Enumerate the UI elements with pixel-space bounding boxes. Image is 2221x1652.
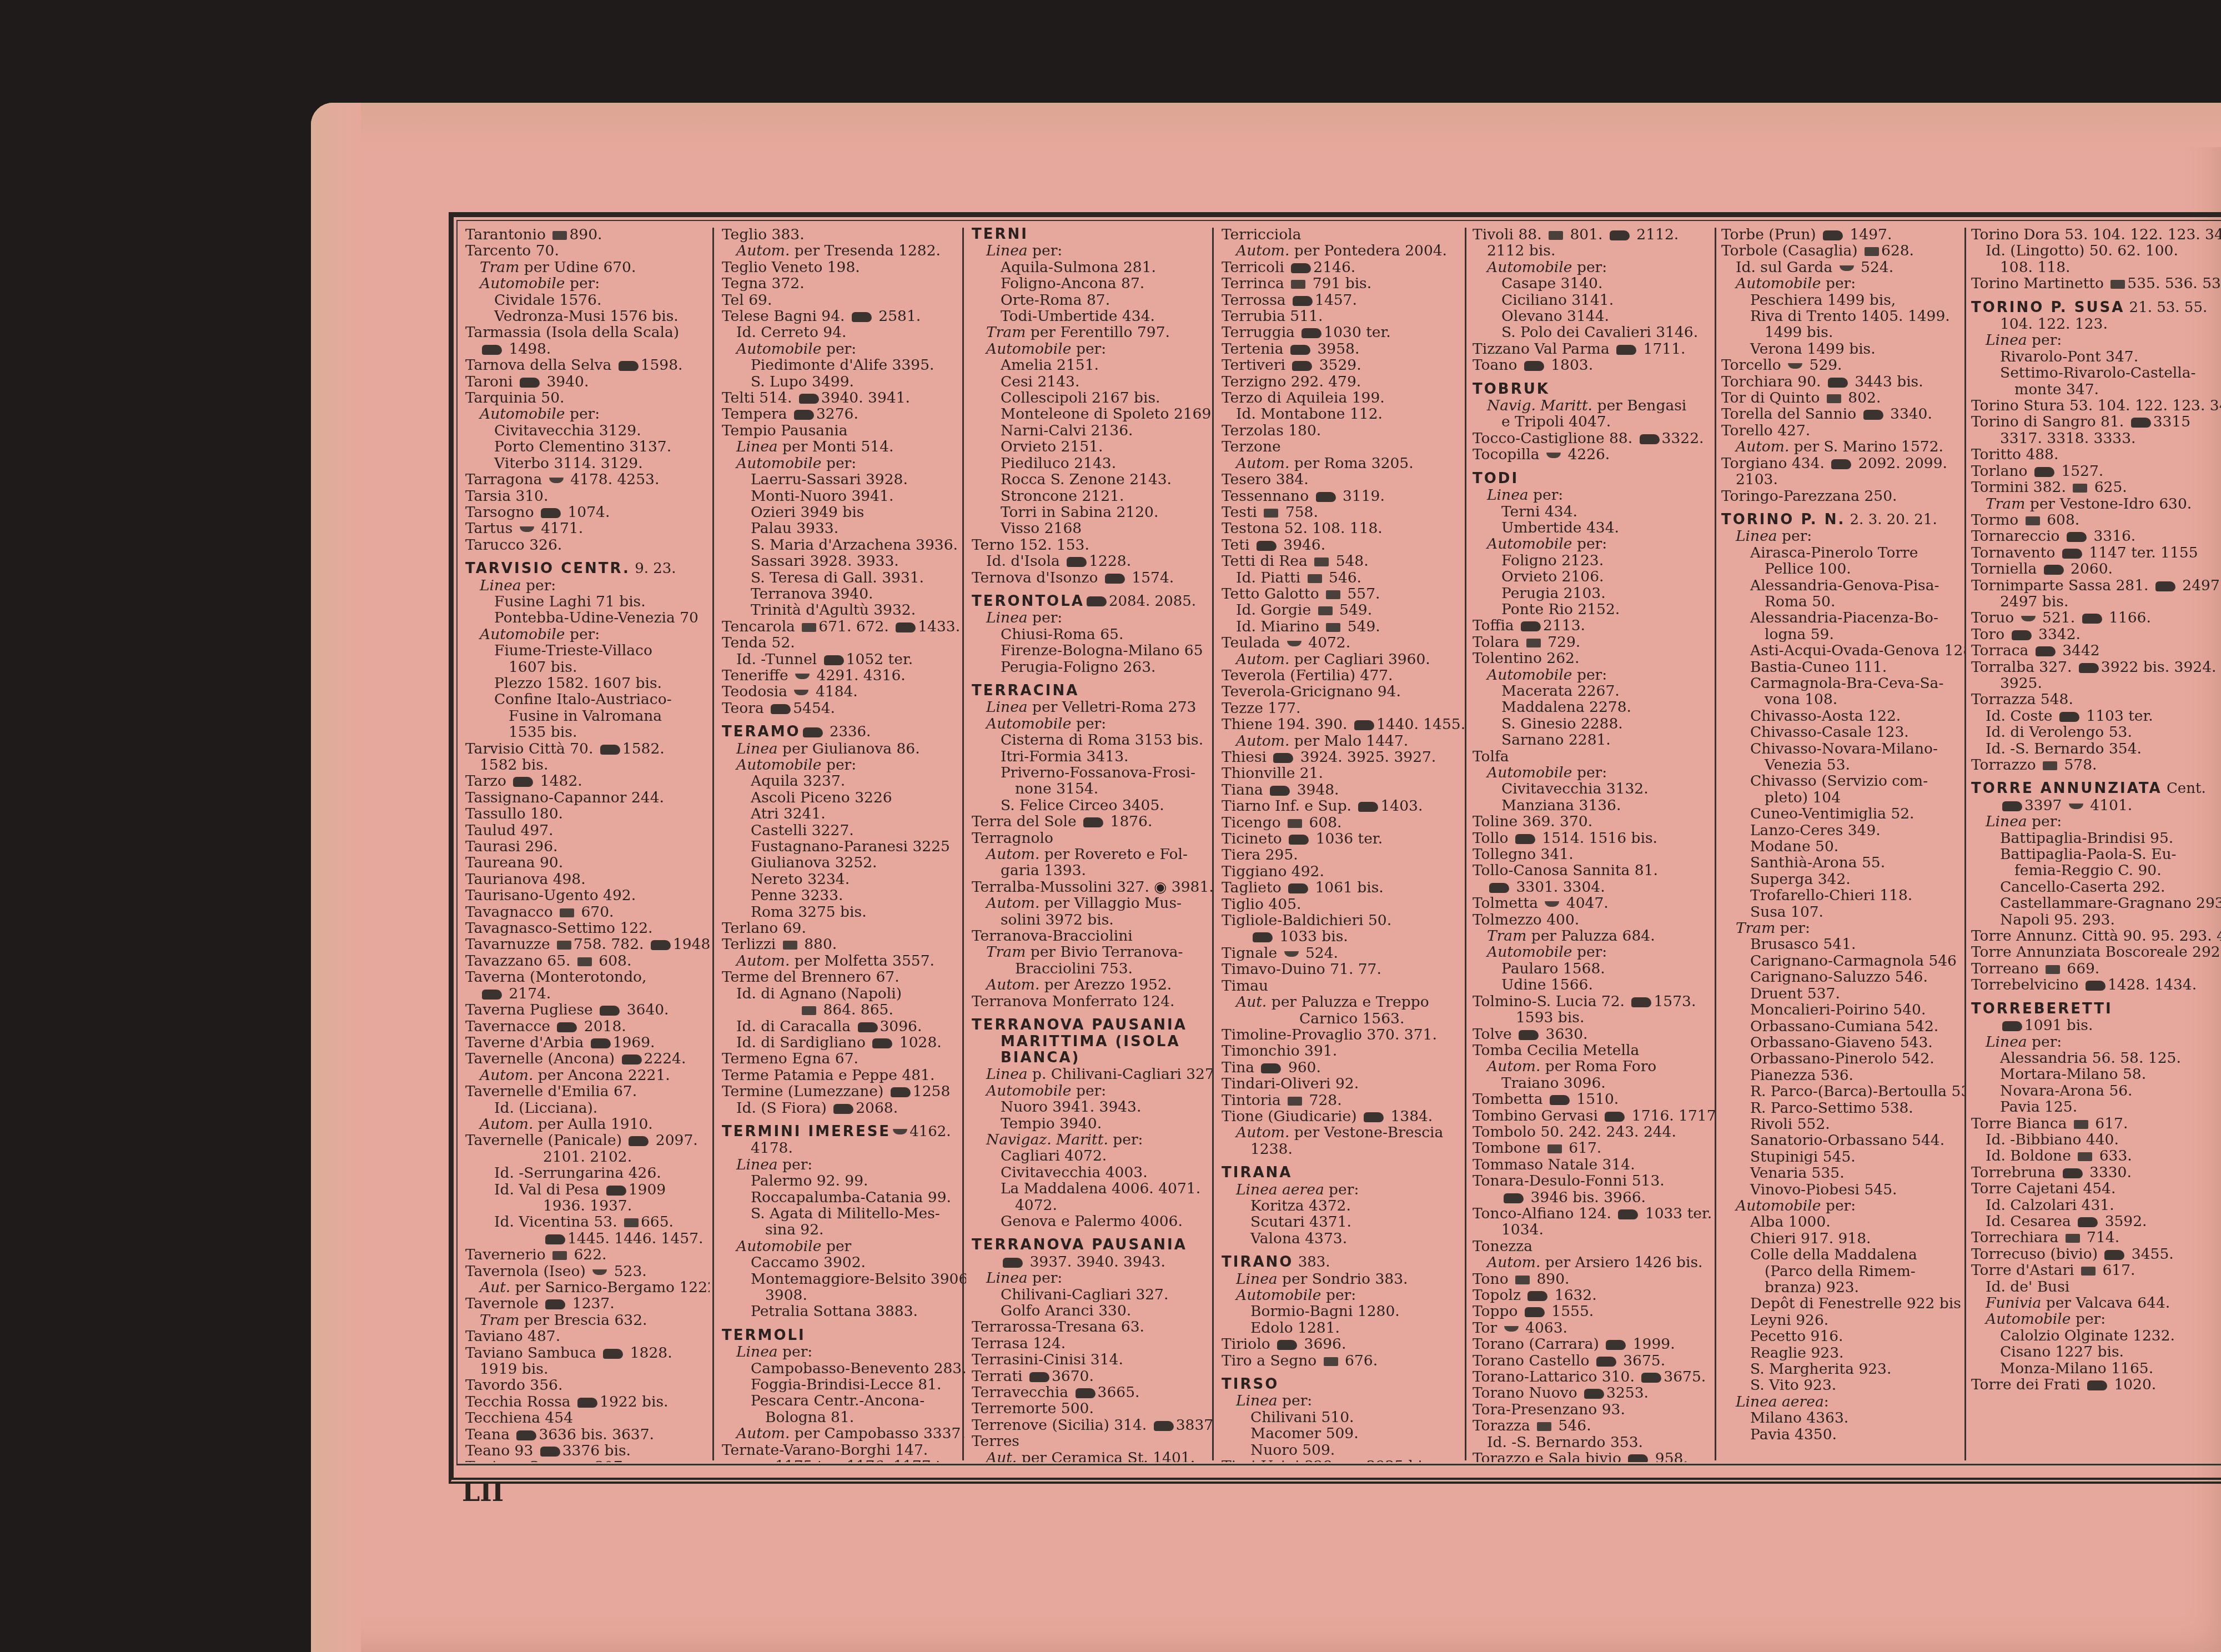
- index-entry: Autom. per Roma 3205.: [1222, 455, 1466, 471]
- index-entry: Terragnolo: [972, 830, 1216, 846]
- autobus-icon: [1261, 1063, 1281, 1073]
- index-entry: Genova e Palermo 4006.: [972, 1213, 1216, 1229]
- index-entry: 2103.: [1721, 471, 1966, 488]
- section-heading: TERAMO 2336.: [722, 724, 966, 740]
- index-entry: Tornareccio 3316.: [1971, 528, 2221, 544]
- autobus-icon: [2062, 549, 2082, 559]
- tram-icon: [2111, 280, 2125, 289]
- index-entry: Tessennano 3119.: [1222, 488, 1466, 504]
- index-entry: 1498.: [465, 341, 710, 357]
- index-entry: Teverola-Gricignano 94.: [1222, 684, 1466, 700]
- index-entry: Tocopilla 4226.: [1473, 446, 1717, 463]
- autobus-icon: [2044, 565, 2064, 575]
- index-entry: Linea per:: [1473, 487, 1717, 503]
- ship-icon: [2069, 804, 2083, 809]
- index-entry: Venaria 535.: [1721, 1165, 1966, 1181]
- index-entry: Tollegno 341.: [1473, 846, 1717, 862]
- index-entry: Id. di Agnano (Napoli): [722, 986, 966, 1002]
- index-entry: R. Parco-Settimo 538.: [1721, 1100, 1966, 1116]
- index-entry: Tram per Paluzza 684.: [1473, 928, 1717, 944]
- index-entry: Chilivani 510.: [1222, 1409, 1466, 1425]
- autobus-icon: [1631, 997, 1651, 1007]
- index-entry: Fusine in Valromana: [465, 708, 710, 724]
- autobus-icon: [1354, 720, 1374, 730]
- index-entry: Manziana 3136.: [1473, 797, 1717, 814]
- autobus-icon: [622, 1055, 642, 1064]
- index-entry: Tivoli 88. 801. 2112.: [1473, 227, 1717, 243]
- index-entry: Alessandria-Genova-Pisa-: [1721, 578, 1966, 594]
- index-entry: Terruggia 1030 ter.: [1222, 324, 1466, 340]
- index-entry: Id. -Serrungarina 426.: [465, 1165, 710, 1181]
- index-entry: Confine Italo-Austriaco-: [465, 691, 710, 707]
- index-entry: Civitavecchia 3129.: [465, 423, 710, 439]
- index-entry: 1919 bis.: [465, 1361, 710, 1377]
- index-entry: Tiggiano 492.: [1222, 863, 1466, 880]
- index-entry: Atri 3241.: [722, 806, 966, 822]
- autobus-icon: [824, 655, 844, 665]
- index-entry: Cesi 2143.: [972, 374, 1216, 390]
- tram-icon: [1308, 574, 1322, 583]
- index-entry: Tram per:: [1721, 920, 1966, 936]
- index-entry: Automobile per:: [465, 406, 710, 422]
- tram-icon: [2026, 516, 2040, 525]
- index-entry: 2112 bis.: [1473, 243, 1717, 259]
- autobus-icon: [1277, 1340, 1297, 1350]
- index-entry: Umbertide 434.: [1473, 520, 1717, 536]
- index-entry: Tora-Presenzano 93.: [1473, 1402, 1717, 1418]
- index-entry: Taverne d'Arbia 1969.: [465, 1035, 710, 1051]
- index-column-4: TerricciolaAutom. per Pontedera 2004.Ter…: [1222, 227, 1466, 1462]
- index-entry: Id. -Bibbiano 440.: [1971, 1132, 2221, 1148]
- index-entry: 3317. 3318. 3333.: [1971, 430, 2221, 446]
- index-entry: 1175 ter. 1176. 1177 ter.: [722, 1458, 966, 1462]
- index-entry: Lanzo-Ceres 349.: [1721, 822, 1966, 838]
- column-divider: [1212, 228, 1214, 1460]
- index-column-1: Tarantonio 890.Tarcento 70.Tram per Udin…: [465, 227, 710, 1462]
- autobus-icon: [2034, 467, 2054, 477]
- autobus-icon: [1076, 1388, 1096, 1398]
- index-entry: Terzigno 292. 479.: [1222, 374, 1466, 390]
- index-entry: Timoline-Provaglio 370. 371.: [1222, 1027, 1466, 1043]
- index-entry: Ternate-Varano-Borghi 147.: [722, 1442, 966, 1458]
- index-entry: Automobile per:: [1721, 275, 1966, 292]
- index-entry: Id. de' Busi: [1971, 1279, 2221, 1295]
- ship-icon: [1504, 1326, 1519, 1332]
- index-entry: Teodosia 4184.: [722, 684, 966, 700]
- index-entry: Chivasso-Aosta 122.: [1721, 708, 1966, 724]
- index-entry: Terrati 3670.: [972, 1368, 1216, 1384]
- index-entry: Tarnova della Selva 1598.: [465, 357, 710, 373]
- column-divider: [1465, 228, 1466, 1460]
- index-entry: Id. Coste 1103 ter.: [1971, 708, 2221, 724]
- autobus-icon: [516, 1430, 536, 1440]
- index-entry: Tonara-Desulo-Fonni 513.: [1473, 1173, 1717, 1189]
- index-entry: Torre dei Frati 1020.: [1971, 1377, 2221, 1393]
- autobus-icon: [1641, 1373, 1661, 1383]
- index-entry: Campobasso-Benevento 283.: [722, 1360, 966, 1377]
- index-entry: Linea per:: [722, 1157, 966, 1173]
- index-entry: Linea per Monti 514.: [722, 439, 966, 455]
- index-entry: Orte-Roma 87.: [972, 292, 1216, 308]
- index-entry: Automobile per:: [722, 757, 966, 773]
- tram-icon: [557, 941, 571, 950]
- index-entry: Torcello 529.: [1721, 357, 1966, 373]
- index-entry: Automobile per:: [722, 455, 966, 471]
- index-entry: Linea per Velletri-Roma 273: [972, 699, 1216, 715]
- index-entry: Terzolas 180.: [1222, 423, 1466, 439]
- index-entry: Thionville 21.: [1222, 765, 1466, 781]
- index-entry: Id. Miarino 549.: [1222, 619, 1466, 635]
- index-entry: Vinovo-Piobesi 545.: [1721, 1182, 1966, 1198]
- index-entry: Firenze-Bologna-Milano 65: [972, 642, 1216, 659]
- index-entry: Alba 1000.: [1721, 1214, 1966, 1230]
- autobus-icon: [2155, 581, 2175, 591]
- ship-icon: [2021, 616, 2036, 621]
- index-entry: Cuneo-Ventimiglia 52.: [1721, 806, 1966, 822]
- index-entry: Linea aerea:: [1721, 1394, 1966, 1410]
- autobus-icon: [1087, 596, 1107, 606]
- index-entry: Koritza 4372.: [1222, 1198, 1466, 1214]
- autobus-icon: [1489, 883, 1509, 893]
- index-entry: Torano Nuovo 3253.: [1473, 1385, 1717, 1401]
- index-entry: 864. 865.: [722, 1002, 966, 1018]
- autobus-icon: [651, 940, 671, 950]
- index-entry: Funivia per Valcava 644.: [1971, 1295, 2221, 1311]
- index-entry: Verona 1499 bis.: [1721, 341, 1966, 357]
- index-entry: Torre Annunz. Città 90. 95. 293. 480: [1971, 928, 2221, 944]
- index-entry: Amelia 2151.: [972, 357, 1216, 373]
- index-entry: Tavernerio 622.: [465, 1247, 710, 1263]
- column-divider: [1964, 228, 1966, 1460]
- index-entry: Linea per Giulianova 86.: [722, 741, 966, 757]
- tram-icon: [1326, 623, 1340, 632]
- index-entry: Torano Castello 3675.: [1473, 1353, 1717, 1369]
- autobus-icon: [1584, 1389, 1604, 1399]
- index-entry: Cisterna di Roma 3153 bis.: [972, 732, 1216, 748]
- index-entry: 4072.: [972, 1197, 1216, 1213]
- index-entry: sina 92.: [722, 1222, 966, 1238]
- index-entry: Perugia-Foligno 263.: [972, 659, 1216, 675]
- index-entry: Peschiera 1499 bis,: [1721, 292, 1966, 308]
- section-heading: TERMOLI: [722, 1328, 966, 1344]
- index-entry: Autom. per Cagliari 3960.: [1222, 651, 1466, 667]
- index-entry: Tomba Cecilia Metella: [1473, 1042, 1717, 1058]
- index-entry: Id. di Sardigliano 1028.: [722, 1035, 966, 1051]
- index-entry: Viterbo 3114. 3129.: [465, 455, 710, 471]
- index-entry: Tornavento 1147 ter. 1155: [1971, 545, 2221, 561]
- autobus-icon: [520, 378, 540, 388]
- index-entry: S. Agata di Militello-Mes-: [722, 1206, 966, 1222]
- autobus-icon: [2104, 1250, 2124, 1260]
- section-heading: TERRANOVA PAUSANIA: [972, 1017, 1216, 1033]
- autobus-icon: [872, 1038, 892, 1048]
- index-entry: Autom. per Malo 1447.: [1222, 733, 1466, 749]
- index-entry: Leyni 926.: [1721, 1312, 1966, 1328]
- index-entry: Torreano 669.: [1971, 961, 2221, 977]
- autobus-icon: [1618, 1209, 1638, 1219]
- index-entry: S. Teresa di Gall. 3931.: [722, 570, 966, 586]
- index-entry: Cisano 1227 bis.: [1971, 1344, 2221, 1360]
- index-entry: Id. -S. Bernardo 354.: [1971, 741, 2221, 757]
- index-entry: Automobile per:: [1721, 1198, 1966, 1214]
- index-entry: Torre Bianca 617.: [1971, 1116, 2221, 1132]
- index-entry: Chivasso (Servizio com-: [1721, 773, 1966, 789]
- index-entry: Aut. per Ceramica St. 1401.: [972, 1450, 1216, 1462]
- index-entry: Trofarello-Chieri 118.: [1721, 887, 1966, 903]
- page-left-edge: [311, 103, 361, 1652]
- index-entry: Scutari 4371.: [1222, 1214, 1466, 1230]
- index-entry: Terme del Brennero 67.: [722, 969, 966, 985]
- index-entry: Taurisano-Ugento 492.: [465, 887, 710, 903]
- tram-icon: [1549, 231, 1563, 240]
- index-entry: Automobile per:: [1473, 944, 1717, 960]
- index-entry: Terremorte 500.: [972, 1400, 1216, 1417]
- index-entry: Terrossa 1457.: [1222, 292, 1466, 308]
- index-entry: Teulada 4072.: [1222, 635, 1466, 651]
- index-entry: Termine (Lumezzane) 1258: [722, 1083, 966, 1099]
- index-entry: 1034.: [1473, 1222, 1717, 1238]
- index-entry: Tavernole 1237.: [465, 1296, 710, 1312]
- index-entry: Navigaz. Maritt. per:: [972, 1132, 1216, 1148]
- index-entry: Venezia 53.: [1721, 757, 1966, 773]
- index-column-5: Tivoli 88. 801. 2112.2112 bis.Automobile…: [1473, 227, 1717, 1462]
- index-entry: Torlano 1527.: [1971, 463, 2221, 479]
- index-entry: Terlano 69.: [722, 920, 966, 936]
- index-entry: Tarragona 4178. 4253.: [465, 471, 710, 488]
- index-entry: Paularo 1568.: [1473, 961, 1717, 977]
- index-entry: Tassignano-Capannor 244.: [465, 790, 710, 806]
- index-entry: 1445. 1446. 1457.: [465, 1231, 710, 1247]
- index-entry: Tonezza: [1473, 1238, 1717, 1254]
- autobus-icon: [1270, 786, 1290, 796]
- autobus-icon: [1596, 1357, 1616, 1367]
- index-entry: Torralba 327. 3922 bis. 3924.: [1971, 659, 2221, 675]
- index-entry: Tormo 608.: [1971, 512, 2221, 528]
- index-entry: Pavia 125.: [1971, 1099, 2221, 1115]
- index-entry: Tocco-Castiglione 88. 3322.: [1473, 430, 1717, 446]
- index-entry: 2174.: [465, 986, 710, 1002]
- index-entry: Calolzio Olginate 1232.: [1971, 1328, 2221, 1344]
- index-entry: e Tripoli 4047.: [1473, 414, 1717, 430]
- index-entry: Autom. per Pontedera 2004.: [1222, 243, 1466, 259]
- index-entry: Terra del Sole 1876.: [972, 814, 1216, 830]
- autobus-icon: [1289, 835, 1309, 845]
- index-entry: Id. Cerreto 94.: [722, 324, 966, 340]
- index-entry: Torrecuso (bivio) 3455.: [1971, 1246, 2221, 1262]
- index-entry: Olevano 3144.: [1473, 308, 1717, 324]
- index-entry: S. Maria d'Arzachena 3936.: [722, 537, 966, 553]
- autobus-icon: [1253, 932, 1273, 942]
- index-entry: Nuoro 509.: [1222, 1442, 1466, 1458]
- tram-icon: [1314, 558, 1329, 566]
- column-divider: [962, 228, 964, 1460]
- index-entry: Tegiano-Sassano 307.: [465, 1459, 710, 1462]
- index-entry: Tiro a Segno 676.: [1222, 1353, 1466, 1369]
- index-entry: Reaglie 923.: [1721, 1345, 1966, 1361]
- index-entry: 1936. 1937.: [465, 1198, 710, 1214]
- index-entry: Palermo 92. 99.: [722, 1173, 966, 1189]
- index-entry: Taverna (Monterotondo,: [465, 969, 710, 985]
- index-entry: Asti-Acqui-Ovada-Genova 128.: [1721, 642, 1966, 659]
- index-entry: Tolve 3630.: [1473, 1026, 1717, 1042]
- index-entry: Automobile per:: [1473, 536, 1717, 552]
- index-entry: Tertenia 3958.: [1222, 341, 1466, 357]
- column-divider: [712, 228, 714, 1460]
- index-entry: Tignale 524.: [1222, 945, 1466, 961]
- index-entry: Roma 3275 bis.: [722, 904, 966, 920]
- index-entry: Cancello-Caserta 292.: [1971, 879, 2221, 895]
- index-entry: Taglieto 1061 bis.: [1222, 880, 1466, 896]
- tram-icon: [624, 1218, 639, 1227]
- index-entry: Aut. per Paluzza e Treppo: [1222, 994, 1466, 1010]
- index-entry: 1499 bis.: [1721, 324, 1966, 340]
- index-entry: Torrebelvicino 1428. 1434.: [1971, 977, 2221, 993]
- index-entry: Vedronza-Musi 1576 bis.: [465, 308, 710, 324]
- index-entry: Termeno Egna 67.: [722, 1051, 966, 1067]
- index-entry: Mortara-Milano 58.: [1971, 1066, 2221, 1082]
- index-entry: Torbole (Casaglia) 628.: [1721, 243, 1966, 259]
- autobus-icon: [1364, 1112, 1384, 1122]
- section-heading: TIRANA: [1222, 1165, 1466, 1181]
- index-column-7: Torino Dora 53. 104. 122. 123. 347Id. (L…: [1971, 227, 2221, 1462]
- autobus-icon: [482, 990, 502, 1000]
- index-entry: Toruo 521. 1166.: [1971, 610, 2221, 626]
- autobus-icon: [1293, 296, 1313, 306]
- index-entry: 3937. 3940. 3943.: [972, 1254, 1216, 1270]
- index-entry: garia 1393.: [972, 862, 1216, 878]
- index-entry: Tolentino 262.: [1473, 650, 1717, 666]
- index-entry: Tormini 382. 625.: [1971, 479, 2221, 495]
- index-entry: Automobile per:: [1222, 1287, 1466, 1303]
- autobus-icon: [591, 1038, 611, 1048]
- index-entry: Macomer 509.: [1222, 1425, 1466, 1442]
- index-entry: Tiarno Inf. e Sup. 1403.: [1222, 798, 1466, 814]
- index-entry: Nuoro 3941. 3943.: [972, 1099, 1216, 1115]
- index-entry: Teglio 383.: [722, 227, 966, 243]
- index-entry: Ascoli Piceno 3226: [722, 790, 966, 806]
- index-entry: Autom. per Rovereto e Fol-: [972, 846, 1216, 862]
- index-entry: Tencarola 671. 672. 1433.: [722, 619, 966, 635]
- index-entry: Priverno-Fossanova-Frosi-: [972, 765, 1216, 781]
- index-entry: 104. 122. 123.: [1971, 316, 2221, 332]
- index-column-2: Teglio 383.Autom. per Tresenda 1282.Tegl…: [722, 227, 966, 1462]
- index-entry: 3301. 3304.: [1473, 879, 1717, 895]
- autobus-icon: [833, 1104, 853, 1114]
- index-entry: Rivarolo-Pont 347.: [1971, 349, 2221, 365]
- section-heading: TIRANO 383.: [1222, 1254, 1466, 1271]
- index-entry: Teti 3946.: [1222, 537, 1466, 553]
- index-entry: logna 59.: [1721, 626, 1966, 642]
- ship-icon: [1545, 901, 1559, 907]
- index-entry: Caccamo 3902.: [722, 1254, 966, 1271]
- index-entry: Torgiano 434. 2092. 2099.: [1721, 455, 1966, 471]
- index-entry: Teana 3636 bis. 3637.: [465, 1427, 710, 1443]
- index-entry: Terricoli 2146.: [1222, 259, 1466, 275]
- index-entry: 1582 bis.: [465, 757, 710, 773]
- index-entry: Autom. per Aulla 1910.: [465, 1116, 710, 1132]
- index-entry: S. Vito 923.: [1721, 1377, 1966, 1393]
- index-entry: Airasca-Pinerolo Torre: [1721, 545, 1966, 561]
- index-entry: Piedimonte d'Alife 3395.: [722, 357, 966, 373]
- index-entry: Taviano 487.: [465, 1328, 710, 1344]
- index-entry: Tissi-Usini 328. 3935 bis.: [1222, 1458, 1466, 1462]
- index-entry: Automobile per:: [1473, 259, 1717, 275]
- index-entry: Taverna Pugliese 3640.: [465, 1002, 710, 1018]
- index-entry: Linea per:: [1971, 1034, 2221, 1050]
- autobus-icon: [1831, 459, 1851, 469]
- index-entry: Id. Montabone 112.: [1222, 406, 1466, 422]
- index-entry: Novara-Arona 56.: [1971, 1083, 2221, 1099]
- index-entry: Torazzo e Sala bivio 958.: [1473, 1450, 1717, 1462]
- index-entry: Toano 1803.: [1473, 357, 1717, 373]
- autobus-icon: [1067, 557, 1087, 567]
- index-entry: Casape 3140.: [1473, 275, 1717, 292]
- index-entry: Topolz 1632.: [1473, 1287, 1717, 1303]
- autobus-icon: [896, 622, 916, 632]
- index-entry: Piediluco 2143.: [972, 455, 1216, 471]
- ship-icon: [549, 478, 564, 483]
- autobus-icon: [799, 394, 819, 404]
- index-entry: Palau 3933.: [722, 520, 966, 536]
- index-entry: Tarsia 310.: [465, 488, 710, 504]
- section-heading: TERONTOLA2084. 2085.: [972, 594, 1216, 610]
- autobus-icon: [1290, 345, 1310, 355]
- index-entry: Autom. per Arezzo 1952.: [972, 977, 1216, 993]
- autobus-icon: [629, 1136, 649, 1146]
- autobus-icon: [2078, 1217, 2098, 1227]
- index-entry: Tiera 295.: [1222, 847, 1466, 863]
- tram-icon: [1288, 1097, 1302, 1106]
- section-heading: TARVISIO CENTR. 9. 23.: [465, 561, 710, 577]
- index-entry: Tigliole-Baldichieri 50.: [1222, 912, 1466, 928]
- index-entry: Terlizzi 880.: [722, 936, 966, 952]
- index-entry: Udine 1566.: [1473, 977, 1717, 993]
- index-entry: 2497 bis.: [1971, 594, 2221, 610]
- index-entry: Tommaso Natale 314.: [1473, 1157, 1717, 1173]
- index-entry: Testona 52. 108. 118.: [1222, 520, 1466, 536]
- index-entry: Alessandria 56. 58. 125.: [1971, 1050, 2221, 1066]
- tram-icon: [1537, 1422, 1551, 1431]
- index-entry: Tetti di Rea 548.: [1222, 553, 1466, 569]
- index-entry: Terzo di Aquileia 199.: [1222, 390, 1466, 406]
- index-entry: Bormio-Bagni 1280.: [1222, 1303, 1466, 1319]
- section-heading: TORRE ANNUNZIATA Cent.: [1971, 781, 2221, 797]
- index-entry: Druent 537.: [1721, 986, 1966, 1002]
- index-entry: Autom. per Arsiero 1426 bis.: [1473, 1254, 1717, 1271]
- index-entry: Timavo-Duino 71. 77.: [1222, 961, 1466, 977]
- index-entry: Todi-Umbertide 434.: [972, 308, 1216, 324]
- autobus-icon: [577, 1398, 597, 1408]
- index-entry: Fusine Laghi 71 bis.: [465, 594, 710, 610]
- index-entry: Milano 4363.: [1721, 1410, 1966, 1426]
- index-entry: Monteleone di Spoleto 2169: [972, 406, 1216, 422]
- index-entry: Autom. per Roma Foro: [1473, 1058, 1717, 1074]
- index-entry: Battipaglia-Brindisi 95.: [1971, 830, 2221, 846]
- tram-icon: [2046, 965, 2060, 974]
- index-entry: Tolmezzo 400.: [1473, 912, 1717, 928]
- index-entry: Tertiveri 3529.: [1222, 357, 1466, 373]
- autobus-icon: [1640, 434, 1660, 444]
- index-entry: Automobile per:: [465, 626, 710, 642]
- ship-icon: [794, 690, 808, 695]
- index-entry: Bologna 81.: [722, 1409, 966, 1425]
- tram-icon: [2043, 761, 2057, 770]
- index-entry: Tonco-Alfiano 124. 1033 ter.: [1473, 1206, 1717, 1222]
- index-entry: Terres: [972, 1433, 1216, 1449]
- index-entry: solini 3972 bis.: [972, 912, 1216, 928]
- index-entry: (Parco della Rimem-: [1721, 1263, 1966, 1279]
- index-entry: Edolo 1281.: [1222, 1320, 1466, 1336]
